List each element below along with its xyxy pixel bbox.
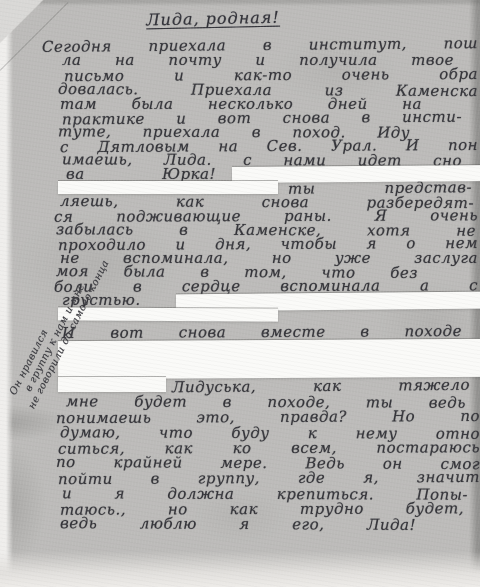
paper-fold-crease bbox=[0, 2, 68, 71]
redaction-bar bbox=[58, 181, 278, 194]
redaction-bar bbox=[58, 307, 278, 321]
redaction-bar bbox=[58, 377, 166, 392]
letter-line: ведь люблю я его, Лида! bbox=[60, 516, 416, 535]
redaction-bar bbox=[58, 339, 480, 379]
letter-scan-page: Лида, родная! Сегодня приехала в институ… bbox=[0, 0, 480, 587]
letter-title: Лида, родная! bbox=[118, 7, 308, 30]
